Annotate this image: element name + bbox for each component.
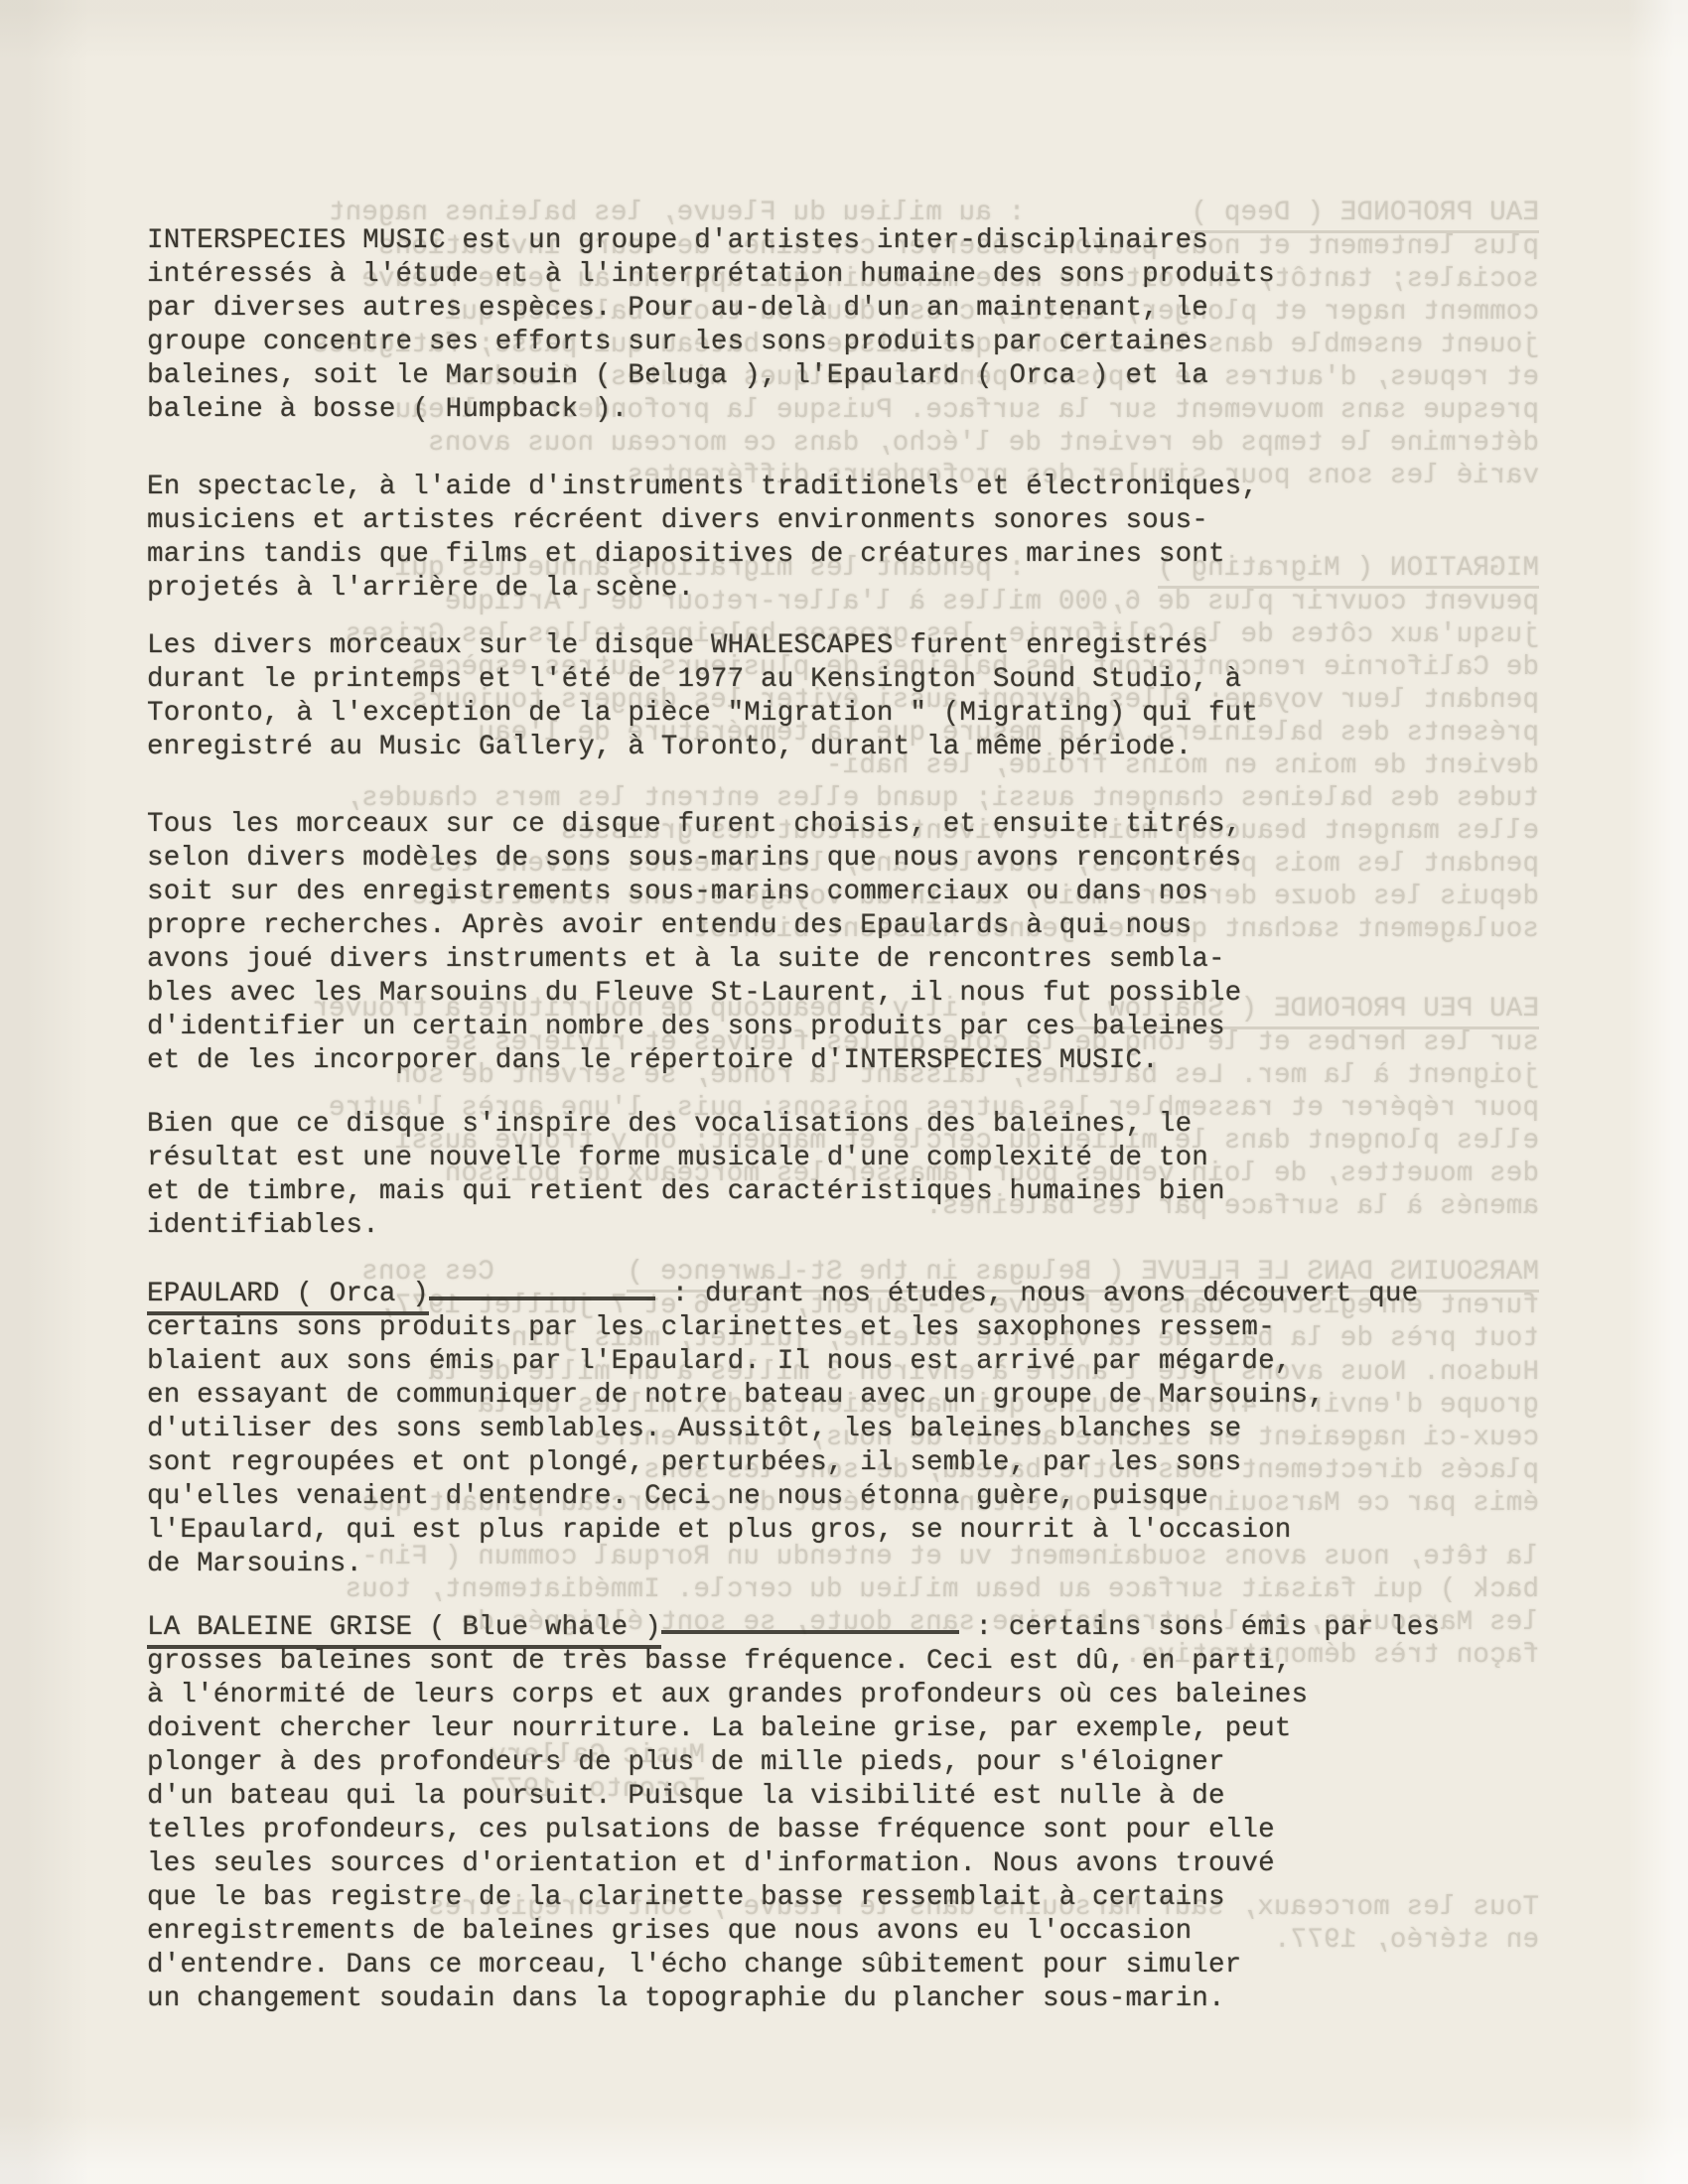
section-heading: LA BALEINE GRISE ( Blue whale )	[147, 1612, 661, 1649]
text-line: doivent chercher leur nourriture. La bal…	[147, 1712, 1617, 1746]
paragraph-baleine-grise: LA BALEINE GRISE ( Blue whale ) : certai…	[147, 1606, 1617, 2016]
text-line: enregistrements de baleines grises que n…	[147, 1915, 1617, 1949]
text-line: certains sons produits par les clarinett…	[147, 1311, 1617, 1345]
bleedthrough-line: détermine le temps de revient de l'écho,…	[428, 427, 1539, 461]
text-line: en essayant de communiquer de notre bate…	[147, 1379, 1617, 1413]
paragraph-whalescapes: Les divers morceaux sur le disque WHALES…	[147, 629, 1617, 764]
heading-rest-text: : durant nos études, nous avons découver…	[655, 1279, 1418, 1309]
text-line: de Marsouins.	[147, 1548, 1617, 1581]
text-line: selon divers modèles de sons sous-marins…	[147, 842, 1617, 876]
paragraph-spectacle: En spectacle, à l'aide d'instruments tra…	[147, 471, 1617, 606]
paragraph-vocalisations: Bien que ce disque s'inspire des vocalis…	[147, 1108, 1617, 1243]
text-line: propre recherches. Après avoir entendu d…	[147, 909, 1617, 943]
paragraph-intro: INTERSPECIES MUSIC est un groupe d'artis…	[147, 224, 1617, 427]
text-line: Tous les morceaux sur ce disque furent c…	[147, 808, 1617, 842]
text-line: intéressés à l'étude et à l'interprétati…	[147, 258, 1617, 292]
text-line: grosses baleines sont de très basse fréq…	[147, 1645, 1617, 1679]
text-line: par diverses autres espèces. Pour au-del…	[147, 292, 1617, 326]
text-line: soit sur des enregistrements sous-marins…	[147, 876, 1617, 909]
text-line: baleine à bosse ( Humpback ).	[147, 393, 1617, 427]
text-line: Les divers morceaux sur le disque WHALES…	[147, 629, 1617, 663]
text-line: résultat est une nouvelle forme musicale…	[147, 1142, 1617, 1175]
text-line: INTERSPECIES MUSIC est un groupe d'artis…	[147, 224, 1617, 258]
text-line: à l'énormité de leurs corps et aux grand…	[147, 1679, 1617, 1712]
text-line: et de timbre, mais qui retient des carac…	[147, 1175, 1617, 1209]
text-line: blaient aux sons émis par l'Epaulard. Il…	[147, 1345, 1617, 1379]
text-line: que le bas registre de la clarinette bas…	[147, 1881, 1617, 1915]
text-line: un changement soudain dans la topographi…	[147, 1982, 1617, 2016]
section-heading: EPAULARD ( Orca )	[147, 1279, 429, 1315]
text-line: En spectacle, à l'aide d'instruments tra…	[147, 471, 1617, 504]
text-line: sont regroupées et ont plongé, perturbée…	[147, 1446, 1617, 1480]
text-line: et de les incorporer dans le répertoire …	[147, 1044, 1617, 1078]
section-heading-line: EPAULARD ( Orca ) : durant nos études, n…	[147, 1273, 1617, 1311]
text-line: qu'elles venaient d'entendre. Ceci ne no…	[147, 1480, 1617, 1514]
text-line: baleines, soit le Marsouin ( Beluga ), l…	[147, 359, 1617, 393]
text-line: projetés à l'arrière de la scène.	[147, 572, 1617, 606]
text-line: avons joué divers instruments et à la su…	[147, 943, 1617, 977]
section-heading-line: LA BALEINE GRISE ( Blue whale ) : certai…	[147, 1606, 1617, 1645]
paragraph-epaulard: EPAULARD ( Orca ) : durant nos études, n…	[147, 1273, 1617, 1581]
text-line: enregistré au Music Gallery, à Toronto, …	[147, 731, 1617, 764]
text-line: groupe concentre ses efforts sur les son…	[147, 326, 1617, 359]
text-line: bles avec les Marsouins du Fleuve St-Lau…	[147, 977, 1617, 1011]
text-line: l'Epaulard, qui est plus rapide et plus …	[147, 1514, 1617, 1548]
text-line: musiciens et artistes récréent divers en…	[147, 504, 1617, 538]
text-line: marins tandis que films et diapositives …	[147, 538, 1617, 572]
text-line: plonger à des profondeurs de plus de mil…	[147, 1746, 1617, 1780]
text-line: d'un bateau qui la poursuit. Puisque la …	[147, 1780, 1617, 1814]
text-line: durant le printemps et l'été de 1977 au …	[147, 663, 1617, 697]
text-line: Bien que ce disque s'inspire des vocalis…	[147, 1108, 1617, 1142]
heading-underline-extension	[429, 1273, 655, 1300]
text-line: les seules sources d'orientation et d'in…	[147, 1847, 1617, 1881]
paragraph-morceaux: Tous les morceaux sur ce disque furent c…	[147, 808, 1617, 1078]
text-line: d'identifier un certain nombre des sons …	[147, 1011, 1617, 1044]
text-line: d'utiliser des sons semblables. Aussitôt…	[147, 1413, 1617, 1446]
scanned-page: EAU PROFONDE ( Deep ) : au milieu du Fle…	[0, 0, 1688, 2184]
text-line: telles profondeurs, ces pulsations de ba…	[147, 1814, 1617, 1847]
text-line: d'entendre. Dans ce morceau, l'écho chan…	[147, 1949, 1617, 1982]
text-line: identifiables.	[147, 1209, 1617, 1243]
heading-underline-extension	[661, 1606, 959, 1634]
text-line: Toronto, à l'exception de la pièce "Migr…	[147, 697, 1617, 731]
heading-rest-text: : certains sons émis par les	[959, 1612, 1440, 1643]
